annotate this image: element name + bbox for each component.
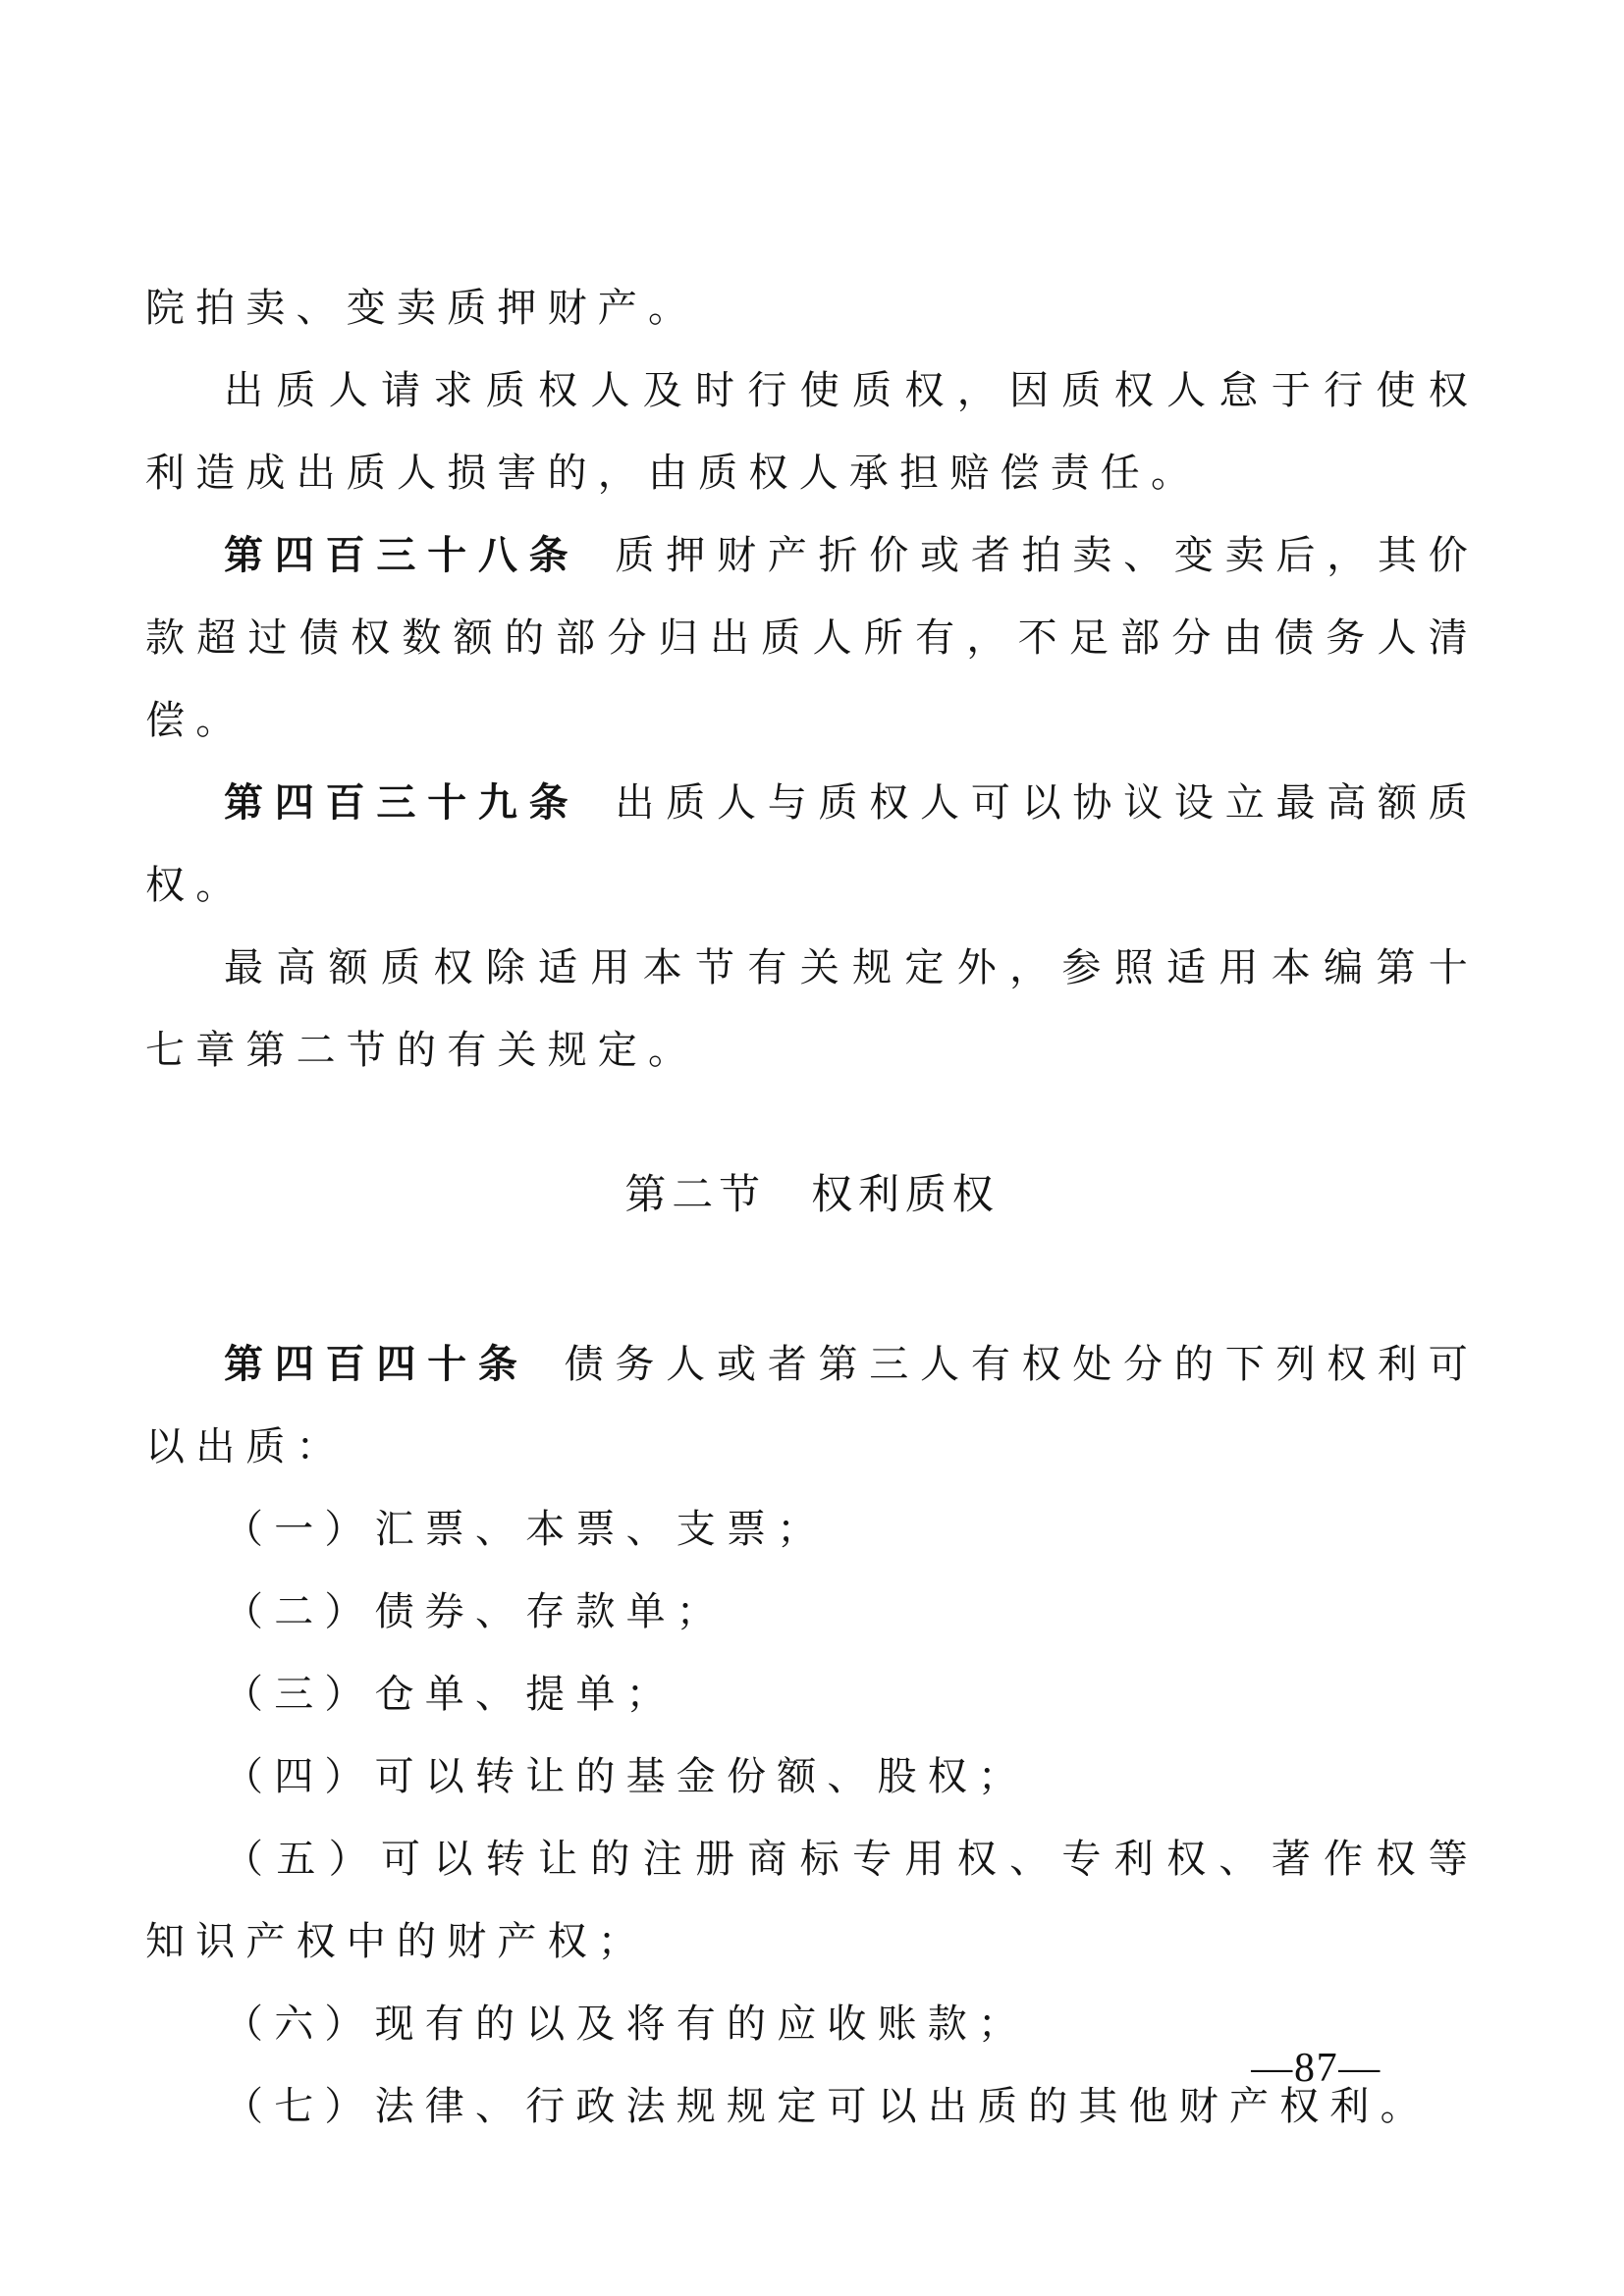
list-item: （五）可以转让的注册商标专用权、专利权、著作权等知识产权中的财产权； (145, 1818, 1479, 1983)
page-content: 院拍卖、变卖质押财产。 出质人请求质权人及时行使质权，因质权人怠于行使权利造成出… (145, 267, 1479, 2148)
article-number: 第四百四十条 (224, 1342, 529, 1386)
list-item: （二）债券、存款单； (145, 1571, 1479, 1653)
article-paragraph: 第四百三十九条出质人与质权人可以协议设立最高额质权。 (145, 762, 1479, 927)
paragraph: 最高额质权除适用本节有关规定外，参照适用本编第十七章第二节的有关规定。 (145, 927, 1479, 1092)
section-number: 第二节 (624, 1173, 766, 1218)
article-paragraph: 第四百三十八条质押财产折价或者拍卖、变卖后，其价款超过债权数额的部分归出质人所有… (145, 514, 1479, 762)
article-number: 第四百三十八条 (224, 533, 579, 577)
section-title: 权利质权 (811, 1173, 1000, 1218)
article-number: 第四百三十九条 (224, 780, 579, 825)
list-item: （三）仓单、提单； (145, 1653, 1479, 1735)
paragraph-continuation: 院拍卖、变卖质押财产。 (145, 267, 1479, 349)
list-item: （一）汇票、本票、支票； (145, 1488, 1479, 1571)
paragraph: 出质人请求质权人及时行使质权，因质权人怠于行使权利造成出质人损害的，由质权人承担… (145, 349, 1479, 514)
section-heading: 第二节权利质权 (145, 1154, 1479, 1237)
list-item: （四）可以转让的基金份额、股权； (145, 1735, 1479, 1818)
document-page: 院拍卖、变卖质押财产。 出质人请求质权人及时行使质权，因质权人怠于行使权利造成出… (0, 0, 1624, 2296)
article-paragraph: 第四百四十条债务人或者第三人有权处分的下列权利可以出质： (145, 1323, 1479, 1488)
page-number: —87— (1251, 2046, 1381, 2091)
